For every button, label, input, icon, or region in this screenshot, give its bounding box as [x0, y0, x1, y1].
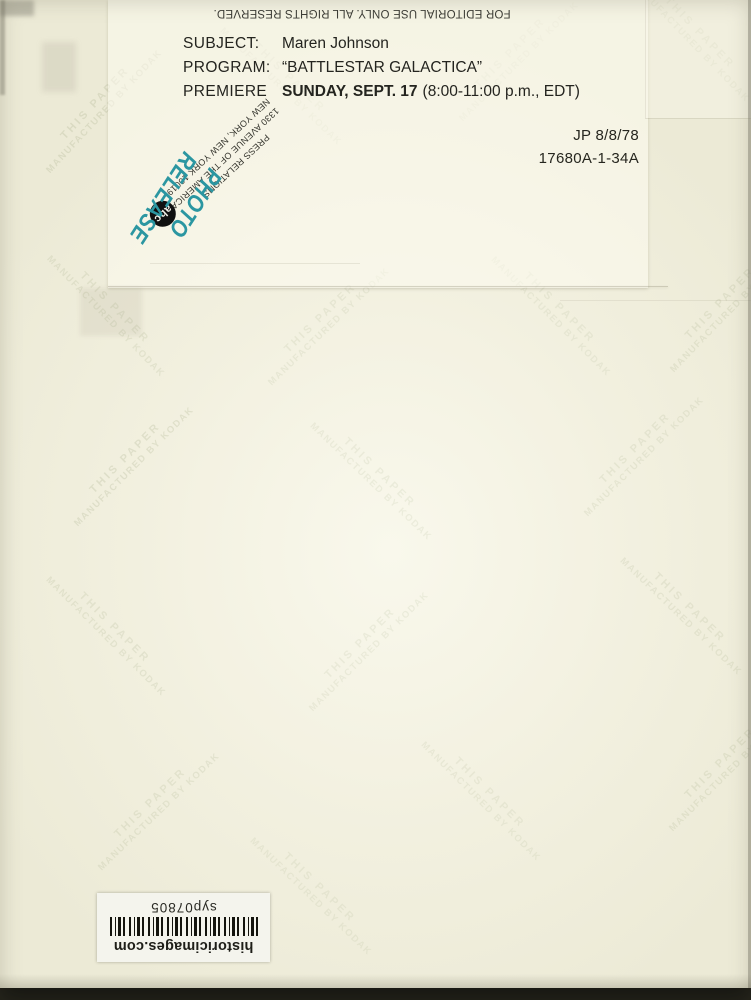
watermark-line: MANUFACTURED BY KODAK — [666, 247, 751, 378]
paper-crease — [645, 118, 751, 119]
paper-overlap — [645, 0, 751, 118]
kodak-watermark: THIS PAPERMANUFACTURED BY KODAK — [85, 739, 225, 875]
kodak-watermark: THIS PAPERMANUFACTURED BY KODAK — [615, 544, 751, 680]
watermark-line: THIS PAPER — [314, 409, 445, 536]
kodak-watermark: THIS PAPERMANUFACTURED BY KODAK — [416, 729, 554, 867]
watermark-line: THIS PAPER — [656, 699, 751, 828]
watermark-line: MANUFACTURED BY KODAK — [305, 419, 436, 546]
barcode-label: historicimages.com syp07805 — [97, 893, 270, 962]
subject-row: SUBJECT:Maren Johnson — [183, 35, 389, 53]
credit-date: JP 8/8/78 — [539, 124, 639, 147]
watermark-line: THIS PAPER — [657, 238, 751, 369]
scan-corner-artifact — [0, 0, 34, 16]
kodak-watermark: THIS PAPERMANUFACTURED BY KODAK — [571, 384, 709, 522]
scan-edge-left — [0, 0, 5, 95]
watermark-line: MANUFACTURED BY KODAK — [665, 708, 751, 837]
watermark-line: THIS PAPER — [254, 824, 385, 951]
watermark-line: THIS PAPER — [425, 729, 554, 858]
id-block: JP 8/8/78 17680A-1-34A — [539, 124, 639, 170]
barcode — [109, 918, 259, 937]
watermark-line: MANUFACTURED BY KODAK — [94, 749, 225, 876]
kodak-watermark: THIS PAPERMANUFACTURED BY KODAK — [41, 564, 179, 702]
watermark-line: THIS PAPER — [624, 544, 751, 671]
kodak-watermark: THIS PAPERMANUFACTURED BY KODAK — [656, 699, 751, 837]
subject-value: Maren Johnson — [282, 35, 389, 52]
program-value: “BATTLESTAR GALACTICA” — [282, 59, 482, 76]
barcode-code-text: syp07805 — [150, 901, 217, 916]
premiere-date: SUNDAY, SEPT. 17 — [282, 83, 418, 100]
program-row: PROGRAM:“BATTLESTAR GALACTICA” — [183, 59, 482, 77]
premiere-time: (8:00-11:00 p.m., EDT) — [423, 83, 580, 100]
watermark-line: MANUFACTURED BY KODAK — [615, 554, 746, 681]
watermark-line: MANUFACTURED BY KODAK — [416, 738, 545, 867]
scan-smudge — [42, 42, 76, 92]
watermark-line: THIS PAPER — [296, 579, 425, 708]
negative-number: 17680A-1-34A — [539, 147, 639, 170]
paper-crease — [560, 300, 751, 301]
watermark-line: THIS PAPER — [571, 384, 700, 513]
bottom-shadow — [0, 974, 751, 988]
premiere-row: PREMIERESUNDAY, SEPT. 17(8:00-11:00 p.m.… — [183, 83, 580, 101]
editorial-notice: FOR EDITORIAL USE ONLY. ALL RIGHTS RESER… — [150, 7, 574, 19]
program-label: PROGRAM: — [183, 59, 282, 77]
subject-label: SUBJECT: — [183, 35, 282, 53]
watermark-line: MANUFACTURED BY KODAK — [580, 393, 709, 522]
kodak-watermark: THIS PAPERMANUFACTURED BY KODAK — [305, 409, 445, 545]
kodak-watermark: THIS PAPERMANUFACTURED BY KODAK — [657, 238, 751, 378]
watermark-line: MANUFACTURED BY KODAK — [305, 588, 434, 717]
paper-shadow-patch — [80, 288, 142, 336]
watermark-line: THIS PAPER — [61, 394, 190, 523]
barcode-site-text: historicimages.com — [114, 939, 254, 955]
photo-back-scan: THIS PAPERMANUFACTURED BY KODAK THIS PAP… — [0, 0, 751, 1000]
watermark-line: THIS PAPER — [85, 739, 216, 866]
kodak-watermark: THIS PAPERMANUFACTURED BY KODAK — [61, 394, 199, 532]
watermark-line: THIS PAPER — [50, 564, 179, 693]
kodak-watermark: THIS PAPERMANUFACTURED BY KODAK — [296, 579, 434, 717]
watermark-line: MANUFACTURED BY KODAK — [41, 573, 170, 702]
watermark-line: MANUFACTURED BY KODAK — [70, 403, 199, 532]
scan-edge-bottom — [0, 988, 751, 1000]
